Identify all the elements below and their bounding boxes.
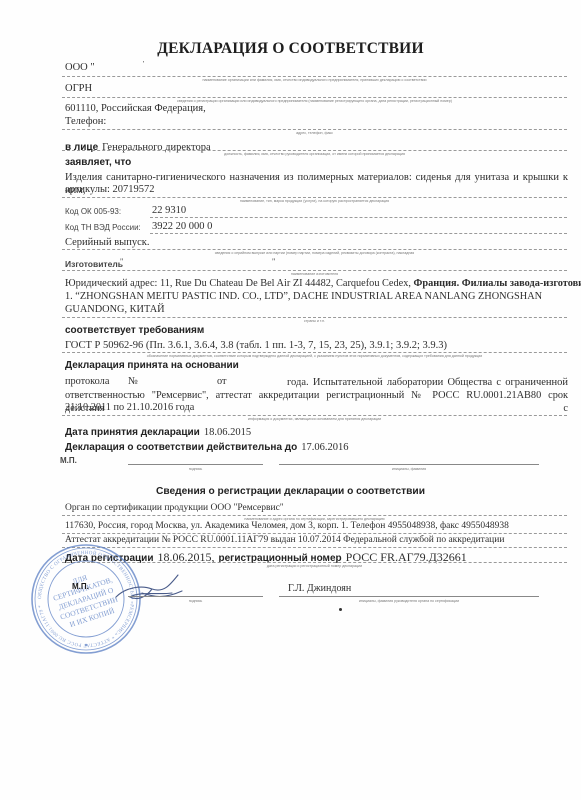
certification-body-line [62,515,567,516]
dot-mark [339,608,342,611]
manufacturer-country-caption: страны и т.п. [62,319,567,323]
seal-placeholder-1: М.П. [60,456,77,465]
basis-label: Декларация принята на основании [65,360,239,371]
applicant-org-close-quote: ' [143,60,144,68]
applicant-address: 601110, Российская Федерация, [65,103,206,114]
applicant-address-caption: адрес, телефон, факс [62,131,567,135]
name-line-2 [279,596,539,597]
applicant-phone-label: Телефон: [65,116,106,127]
serial-release: Серийный выпуск. [65,237,149,248]
ogrn-line [62,97,567,98]
signature-caption-2: подпись [128,599,263,603]
basis-caption: информация о документах, являющихся осно… [62,417,567,421]
product-caption: наименование, тип, марка продукции (услу… [62,199,567,203]
manufacturer-address-line [62,317,567,318]
applicant-org-line [62,76,567,77]
representative-line [62,150,567,151]
certification-body: Орган по сертификации продукции ООО "Рем… [65,503,284,513]
declares-label: заявляет, что [65,157,131,168]
protocol-date-from: от [217,376,227,387]
valid-until-row: Декларация о соответствии действительна … [65,437,349,455]
signature-caption-1: подпись [128,467,263,471]
declaration-page: ДЕКЛАРАЦИЯ О СООТВЕТСТВИИ ООО " ' наимен… [0,0,581,800]
requirements-label: соответствует требованиям [65,325,204,336]
manufacturer-address-line2: 1. “ZHONGSHAN MEITU PASTIC IND. CO., LTD… [65,291,542,302]
tnved-code-label: Код ТН ВЭД России: [65,223,141,232]
protocol-number-sign: № [128,376,138,387]
serial-line [62,249,567,250]
basis-line3: 21.10.2011 по 21.10.2016 года [65,402,194,413]
requirements-caption: обозначение нормативных документов, соот… [62,354,567,358]
name-caption-1: инициалы, фамилия [279,467,539,471]
seal-placeholder-2: М.П. [72,582,89,591]
product-line [62,197,567,198]
certification-body-address: 117630, Россия, город Москва, ул. Академ… [65,521,509,531]
manufacturer-branches-label: Филиалы завода-изготовителя: [459,278,581,289]
applicant-address-line [62,129,567,130]
protocol-lab-text: года. Испытательной лаборатории Общества… [287,376,568,389]
applicant-org-caption: наименование организации или фамилия, им… [62,78,567,82]
ogrn-label: ОГРН [65,83,92,94]
tnved-code-line [150,233,567,234]
name-line-1 [279,464,539,465]
manufacturer-caption: наименование изготовителя [62,272,567,276]
requirements-value: ГОСТ Р 50962-96 (Пп. 3.6.1, 3.6.4, 3.8 (… [65,340,447,351]
applicant-org: ООО " [65,62,95,73]
representative-caption: должность, фамилия, имя, отчество руково… [62,152,567,156]
name-caption-2: инициалы, фамилия руководителя органа по… [279,599,539,603]
manufacturer-address-line3: GUANDONG, КИТАЙ [65,304,165,315]
manufacturer-address-line1: Юридический адрес: 11, Rue Du Chateau De… [65,278,581,289]
valid-until-label: Декларация о соответствии действительна … [65,442,297,453]
tnved-code-value: 3922 20 000 0 [152,221,212,232]
basis-line1: протокола № от года. Испытательной лабор… [65,376,568,389]
product-description-line2: артикулы: 20719572 [65,184,155,195]
certification-address-line [62,533,567,534]
certification-head-name: Г.Л. Джиндоян [288,583,351,594]
manufacturer-country: Франция. [414,278,460,289]
manufacturer-label: Изготовитель [65,259,123,269]
manufacturer-close-quote: " [272,257,275,266]
requirements-line [62,352,567,353]
ok-code-label: Код ОК 005-93: [65,207,121,216]
basis-line [62,415,567,416]
signature-line-1 [128,464,263,465]
serial-caption: сведения о серийном выпуске или партии (… [62,251,567,255]
signature-line-2 [128,596,263,597]
manufacturer-open-quote: " [120,257,123,266]
manufacturer-line [62,270,567,271]
registration-heading: Сведения о регистрации декларации о соот… [0,486,581,497]
ok-code-line [150,217,567,218]
document-title: ДЕКЛАРАЦИЯ О СООТВЕТСТВИИ [0,40,581,58]
manufacturer-legal-address: Юридический адрес: 11, Rue Du Chateau De… [65,278,414,289]
ok-code-value: 22 9310 [152,205,186,216]
protocol-label: протокола [65,376,109,387]
valid-until-value: 17.06.2016 [301,442,348,453]
